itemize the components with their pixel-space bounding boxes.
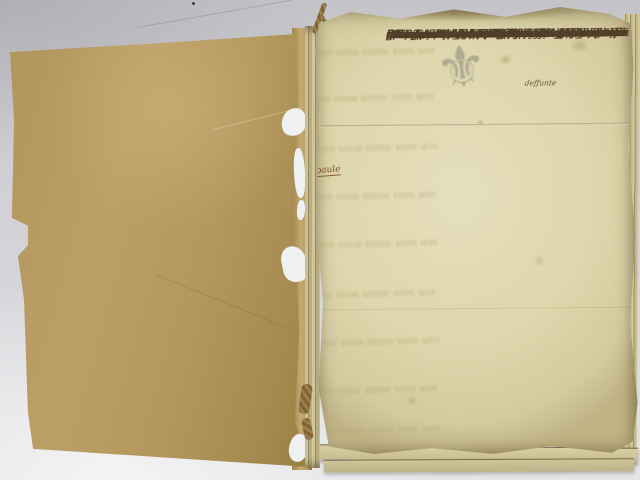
interline-note: deffunte: [524, 78, 557, 87]
under-sheet-edge: [324, 458, 634, 473]
manuscript-page: ⚜ mn vmw snme vnm wm mn vmw snme vnm wm …: [312, 5, 638, 456]
dust-speck: [192, 2, 195, 5]
backdrop-scratch-line: [137, 0, 293, 28]
manuscript-text: Charles Pernessin G. furent presens fran…: [386, 27, 632, 453]
manuscript-line: et disposer dont ainsi et comme bon flor…: [386, 27, 624, 43]
folder-cover: [8, 30, 310, 470]
photo-of-archival-manuscript: ⚜ mn vmw snme vnm wm mn vmw snme vnm wm …: [0, 0, 640, 480]
margin-note: paule: [315, 164, 341, 177]
